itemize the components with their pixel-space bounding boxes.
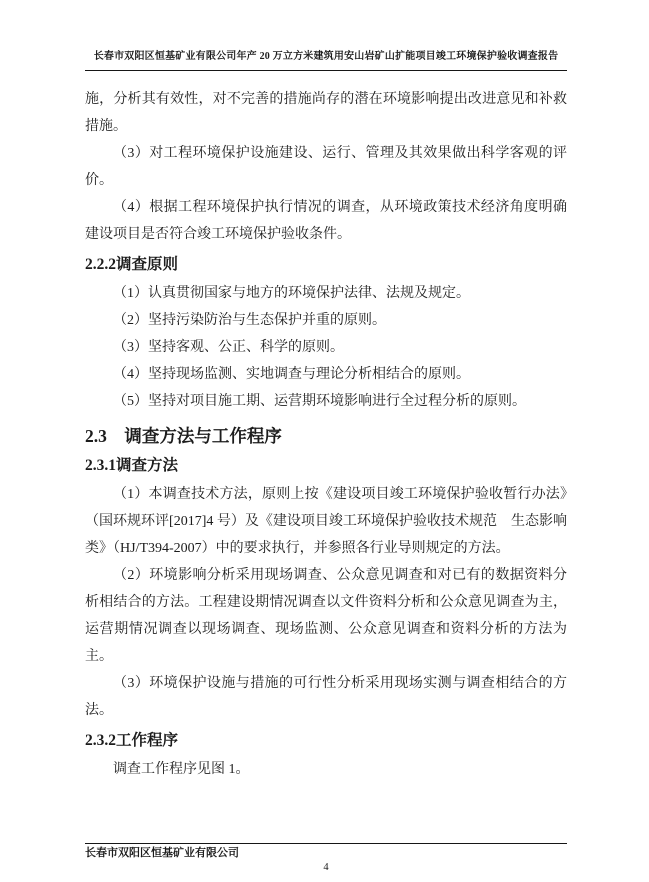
footer-company-name: 长春市双阳区恒基矿业有限公司 bbox=[85, 847, 567, 860]
document-page: 长春市双阳区恒基矿业有限公司年产 20 万立方米建筑用安山岩矿山扩能项目竣工环境… bbox=[0, 0, 649, 882]
paragraph-eval-item-3: （3）对工程环境保护设施建设、运行、管理及其效果做出科学客观的评价。 bbox=[85, 140, 567, 194]
paragraph-principle-2: （2）坚持污染防治与生态保护并重的原则。 bbox=[85, 307, 567, 334]
section-heading-2-2-2: 2.2.2调查原则 bbox=[85, 255, 567, 275]
section-heading-2-3: 2.3 调查方法与工作程序 bbox=[85, 425, 567, 448]
page-header-title: 长春市双阳区恒基矿业有限公司年产 20 万立方米建筑用安山岩矿山扩能项目竣工环境… bbox=[85, 50, 567, 71]
section-heading-2-3-1: 2.3.1调查方法 bbox=[85, 456, 567, 476]
paragraph-principle-5: （5）坚持对项目施工期、运营期环境影响进行全过程分析的原则。 bbox=[85, 388, 567, 415]
paragraph-principle-4: （4）坚持现场监测、实地调查与理论分析相结合的原则。 bbox=[85, 361, 567, 388]
paragraph-method-3: （3）环境保护设施与措施的可行性分析采用现场实测与调查相结合的方法。 bbox=[85, 670, 567, 724]
paragraph-method-2: （2）环境影响分析采用现场调查、公众意见调查和对已有的数据资料分析相结合的方法。… bbox=[85, 562, 567, 670]
footer-page-number: 4 bbox=[85, 862, 567, 874]
paragraph-method-1: （1）本调查技术方法，原则上按《建设项目竣工环境保护验收暂行办法》（国环规环评[… bbox=[85, 481, 567, 562]
document-body: 施，分析其有效性，对不完善的措施尚存的潜在环境影响提出改进意见和补救措施。 （3… bbox=[85, 86, 567, 783]
paragraph-continuation: 施，分析其有效性，对不完善的措施尚存的潜在环境影响提出改进意见和补救措施。 bbox=[85, 86, 567, 140]
paragraph-work-procedure: 调查工作程序见图 1。 bbox=[85, 756, 567, 783]
paragraph-eval-item-4: （4）根据工程环境保护执行情况的调查，从环境政策技术经济角度明确建设项目是否符合… bbox=[85, 194, 567, 248]
paragraph-principle-3: （3）坚持客观、公正、科学的原则。 bbox=[85, 334, 567, 361]
paragraph-principle-1: （1）认真贯彻国家与地方的环境保护法律、法规及规定。 bbox=[85, 280, 567, 307]
section-heading-2-3-2: 2.3.2工作程序 bbox=[85, 731, 567, 751]
page-footer: 长春市双阳区恒基矿业有限公司 4 bbox=[85, 843, 567, 874]
